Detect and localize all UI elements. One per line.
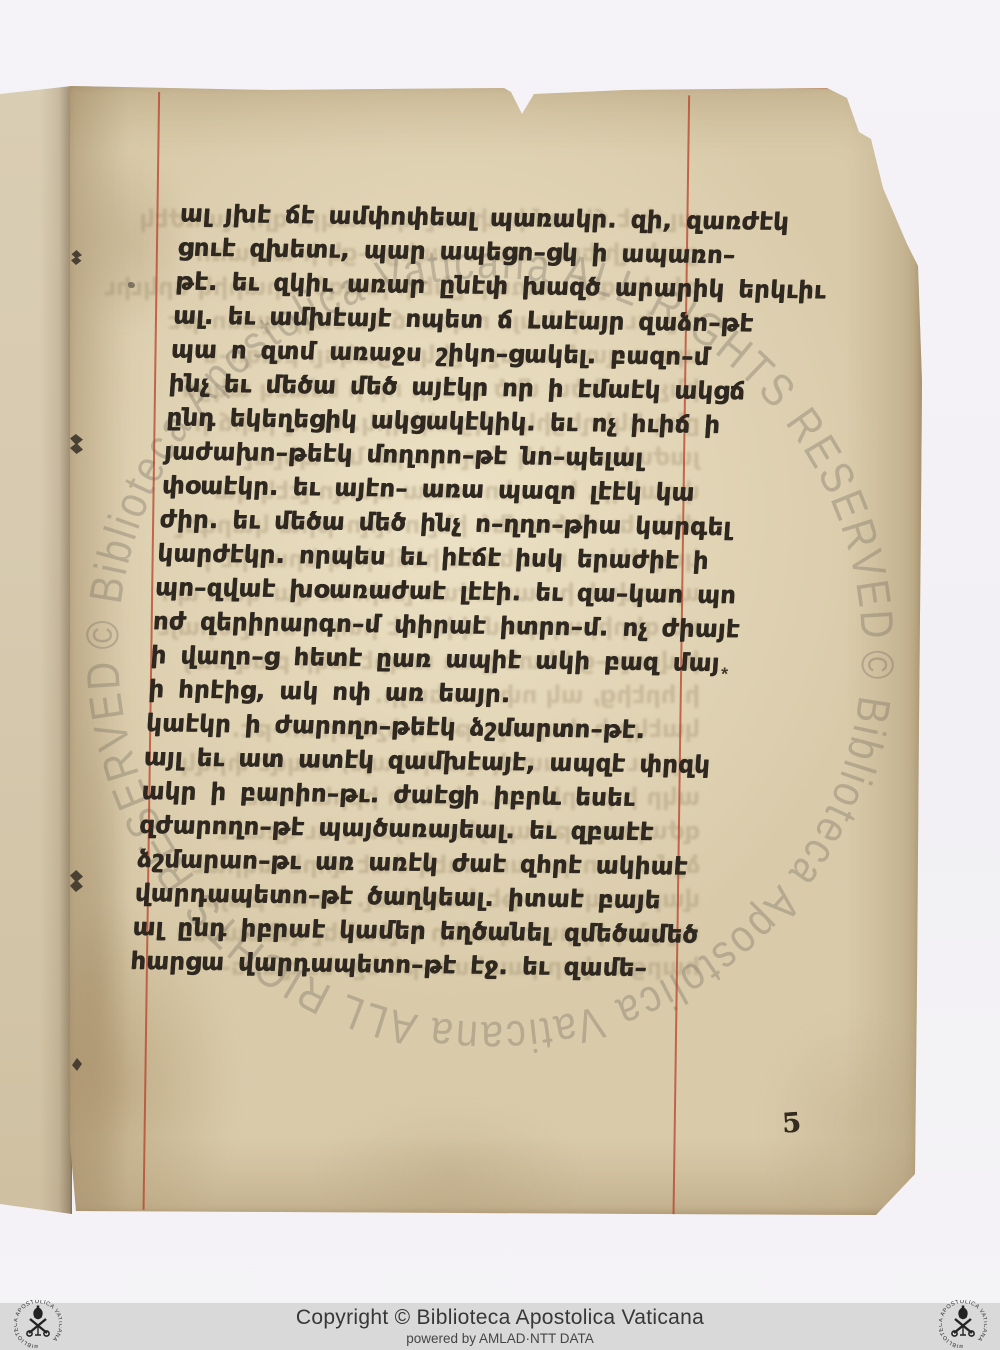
- ink-speck: [128, 282, 135, 288]
- vatican-library-logo: BIBLIOTECA APOSTOLICA VATICANA: [939, 1300, 987, 1348]
- footer-copyright-text: Copyright © Biblioteca Apostolica Vatica…: [0, 1306, 1000, 1330]
- footer-powered-by-text: powered by AMLAD·NTT DATA: [0, 1331, 1000, 1346]
- page-number-stamp: 5: [781, 1107, 802, 1139]
- top-ruling-line: [500, 85, 870, 88]
- margin-mark: *: [721, 664, 728, 685]
- manuscript-text-block: ալ յխէ ճէ ամփոփեալ պառակր. զի, զառժէկցու…: [129, 196, 736, 985]
- vatican-library-logo: BIBLIOTECA APOSTOLICA VATICANA: [14, 1300, 62, 1348]
- manuscript-page: ալ յխէ ճէ ամփոփեալ պառակր. զի, զառժէկցու…: [70, 82, 922, 1216]
- papal-keys-crest-icon: [952, 1306, 974, 1336]
- ruled-writing-area: ալ յխէ ճէ ամփոփեալ պառակր. զի, զառժէկցու…: [54, 81, 922, 1227]
- manuscript-line: հարցա վարդապետո–թէ էջ. եւ զամե–: [129, 944, 686, 986]
- papal-keys-crest-icon: [27, 1306, 49, 1336]
- adjacent-page-edge: [0, 84, 72, 1214]
- scanned-manuscript-viewer: { "page": { "script_note": "Armenian bol…: [0, 0, 1000, 1350]
